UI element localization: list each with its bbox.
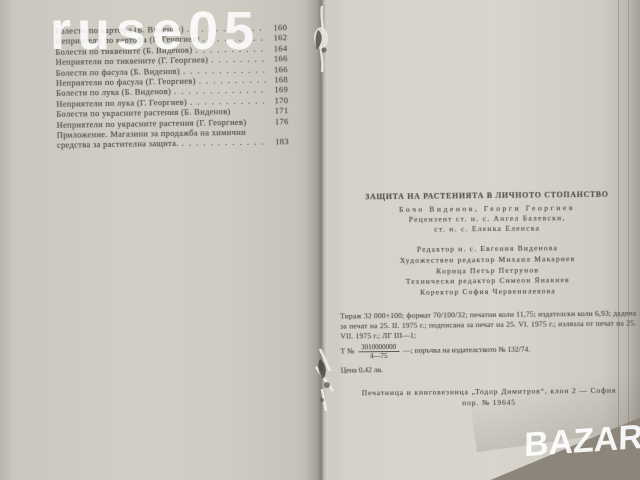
toc-page-number: 169 [270, 85, 288, 96]
toc-page-number: 170 [270, 95, 288, 106]
toc-leader-dots: . . . . . . . . . . . . . . . . . . . . … [182, 137, 268, 149]
price-line: Цена 0,42 лв. [341, 362, 637, 375]
toc-page-number: 183 [271, 137, 289, 148]
toc-page-number: 171 [270, 105, 288, 116]
toc-leader-dots: . . . . . . . . . . . . . . . . . . . . … [190, 95, 267, 107]
staff-block: Редактор н. с. Евгения Виденова Художест… [339, 243, 636, 299]
toc-page-number: 160 [269, 22, 287, 33]
spine-stitch-bottom [300, 345, 348, 417]
staff-line-proofreader: Коректор София Червенилекова [340, 285, 636, 299]
toc-page-number: 166 [269, 53, 287, 64]
toc-page-number: 162 [269, 33, 287, 44]
order-line: Т № 3010000000 4—75 —; поръчка на издате… [340, 340, 636, 360]
spine-stitch-top [300, 6, 344, 76]
order-fraction: 3010000000 4—75 [358, 343, 399, 360]
fraction-denominator: 4—75 [358, 352, 399, 360]
toc-page-number: 168 [270, 74, 288, 85]
imprint-paragraph: Тираж 32 000+100; формат 70/100/32; печа… [340, 309, 636, 341]
toc-row: средства за растителна защита. . . . . .… [57, 137, 289, 151]
book-title: ЗАЩИТА НА РАСТЕНИЯТА В ЛИЧНОТО СТОПАНСТВ… [339, 189, 635, 202]
printer-block: Печатница и книговезница „Тодор Димитров… [341, 386, 637, 410]
order-suffix: —; поръчка на издателството № 132/74. [403, 345, 530, 356]
toc-entry-label: средства за растителна защита. [57, 138, 179, 150]
watermark-ruse05: ruse05 [50, 0, 260, 62]
left-page: Болести по картофа (Б. Виденов) . . . . … [0, 0, 322, 480]
toc-page-number: 176 [270, 116, 288, 127]
reviewer-line-2: ст. н. с. Еленка Еленска [339, 222, 635, 235]
toc-page-number: 164 [269, 43, 287, 54]
colophon-block: ЗАЩИТА НА РАСТЕНИЯТА В ЛИЧНОТО СТОПАНСТВ… [339, 189, 637, 409]
book-photo: Болести по картофа (Б. Виденов) . . . . … [0, 0, 640, 480]
fraction-numerator: 3010000000 [358, 343, 399, 352]
toc-page-number: 166 [270, 64, 288, 75]
toc-leader-dots [234, 114, 268, 115]
watermark-bazar-logo: BAZAR [524, 418, 640, 465]
